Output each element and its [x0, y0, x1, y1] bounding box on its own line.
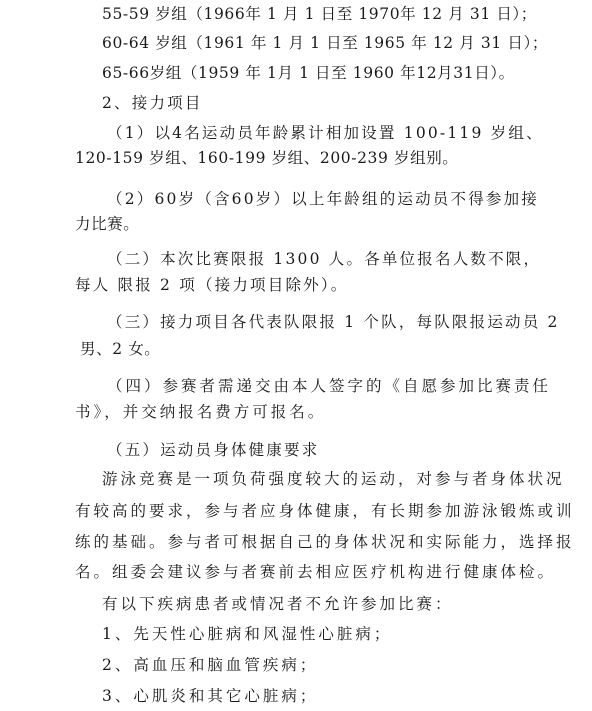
section-2-line-1: （二）本次比赛限报 1300 人。各单位报名人数不限，: [107, 249, 541, 269]
section-4-line-2: 书》，并交纳报名费方可报名。: [75, 402, 326, 422]
exclusion-item-2: 2、高血压和脑血管疾病；: [102, 655, 318, 675]
health-paragraph-line-4: 名。组委会建议参与者赛前去相应医疗机构进行健康体检。: [75, 562, 556, 582]
relay-rule-1-line-2: 120-159 岁组、160-199 岁组、200-239 岁组别。: [75, 148, 458, 168]
relay-heading: 2、接力项目: [102, 93, 203, 113]
age-group-65-66: 65-66岁组（1959 年 1月 1 日至 1960 年12月31日）。: [102, 63, 515, 83]
relay-rule-1-line-1: （1）以4名运动员年龄累计相加设置 100-119 岁组、: [107, 123, 544, 143]
relay-rule-2-line-1: （2）60岁（含60岁）以上年龄组的运动员不得参加接: [107, 189, 539, 209]
exclusion-item-3: 3、心肌炎和其它心脏病；: [102, 686, 318, 706]
document-page: 55-59 岁组（1966年 1 月 1 日至 1970年 12 月 31 日）…: [0, 0, 592, 711]
health-paragraph-line-1: 游泳竞赛是一项负荷强度较大的运动，对参与者身体状况: [102, 469, 565, 489]
relay-rule-2-line-2: 力比赛。: [75, 214, 139, 234]
health-paragraph-line-2: 有较高的要求，参与者应身体健康，有长期参加游泳锻炼或训: [75, 501, 575, 521]
age-group-60-64: 60-64 岁组（1961 年 1 月 1 日至 1965 年 12 月 31 …: [102, 33, 548, 53]
exclusion-item-1: 1、先天性心脏病和风湿性心脏病；: [102, 624, 392, 644]
section-4-line-1: （四）参赛者需递交由本人签字的《自愿参加比赛责任: [107, 376, 551, 396]
exclusion-intro: 有以下疾病患者或情况者不允许参加比赛：: [102, 594, 454, 614]
section-2-line-2: 每人 限报 2 项（接力项目除外）。: [75, 275, 349, 295]
health-paragraph-line-3: 练的基础。参与者可根据自己的身体状况和实际能力，选择报: [75, 532, 575, 552]
section-3-line-1: （三）接力项目各代表队限报 1 个队，每队限报运动员 2: [107, 312, 560, 332]
section-3-line-2: 男、2 女。: [80, 339, 160, 359]
age-group-55-59: 55-59 岁组（1966年 1 月 1 日至 1970年 12 月 31 日）…: [102, 4, 537, 24]
health-heading: （五）运动员身体健康要求: [107, 440, 319, 460]
